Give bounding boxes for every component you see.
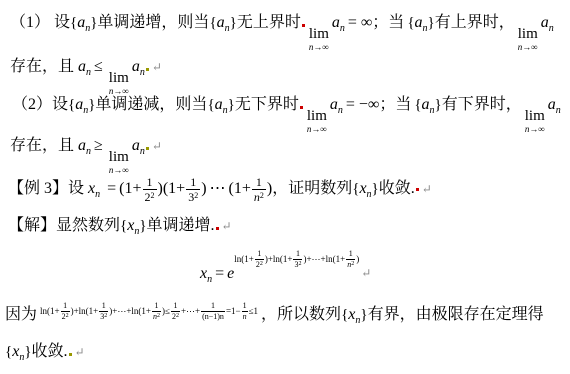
lim-label: lim [518,27,538,42]
p1-text-3: 无上界时 [237,14,301,31]
paren-open-1plus: (1+ [163,179,185,199]
paragraph-mark: ↵ [361,266,371,281]
fraction-denominator: 22 [171,313,180,321]
right-brace: } [230,15,237,31]
equals-sign: = [107,179,116,199]
geq-operator: ≥ [94,137,103,154]
cdots: ⋯ [210,179,226,199]
p2-text-1: 存在，且 [10,58,74,75]
p1-text-1: （1） 设 [10,14,70,31]
left-brace: { [407,15,414,31]
inequality-formula: ln(1+122)+ln(1+132)+⋯+ln(1+1n2)≤122+⋯+1(… [40,302,258,321]
spellcheck-dot-icon [146,68,149,71]
spellcheck-dot-icon [146,147,149,150]
sequence-a-n: {an} [209,14,236,31]
small-fraction-1-over-nm1n: 1(n−1)n [201,302,225,321]
den-exponent: 2 [176,313,179,319]
term-a-n: an [332,14,345,31]
sub-n: n [340,23,345,34]
lim-label: lim [109,150,129,165]
fraction-denominator: n2 [252,191,266,203]
paragraph-1: （1） 设{an}单调递增，则当{an}无上界时limn→∞an= ∞；当{an… [10,13,554,52]
lim-label: lim [109,71,129,86]
fraction-numerator: 1 [348,250,354,258]
var-a: a [132,137,140,154]
var-a: a [78,58,86,75]
spellcheck-dot-icon [302,24,305,27]
var-e: e [227,264,234,284]
fraction-denominator: 32 [293,261,302,269]
var-a: a [330,96,338,113]
sub-n: n [140,146,145,157]
sub-n: n [140,67,145,78]
sequence-a-n: {an} [70,14,97,31]
exp-seg-1: ln(1+ [40,307,60,316]
right-brace: } [24,344,31,360]
den-exponent: 2 [157,313,160,319]
term-a-n: an [132,58,145,75]
sequence-a-n: {an} [414,96,441,113]
fraction-1-over-nsq: 1n2 [252,176,266,203]
paragraph-8: 因为ln(1+122)+ln(1+132)+⋯+ln(1+1n2)≤122+⋯+… [5,296,544,334]
small-fraction-1-over-nsq: 1n2 [346,250,355,269]
p5-text-1: 【例 3】设 [8,179,84,199]
paren-open-1plus: (1+ [119,179,141,199]
p3-text-2: 单调递减，则当 [95,96,207,113]
fraction-denominator: 32 [186,191,200,203]
limit-operator: limn→∞ [518,27,538,52]
limit-operator: limn→∞ [307,109,327,134]
lim-subscript: n→∞ [525,125,545,134]
exp-seg-1: ln(1+ [234,255,254,264]
p6-text-1: 【解】显然数列 [8,217,120,234]
sequence-x-n: {xn} [5,343,32,360]
p5-text-3: 收敛. [379,179,415,199]
limit-operator: limn→∞ [309,27,329,52]
fraction-numerator: 1 [188,176,198,188]
right-brace: } [228,97,235,113]
fraction-numerator: 1 [295,250,301,258]
p1-text-4: = ∞；当 [348,14,404,31]
var-x: x [359,180,366,197]
sequence-a-n: {an} [68,96,95,113]
lim-subscript: n→∞ [309,43,329,52]
exp-seg-3: )+⋯+ln(1+ [109,307,151,316]
paragraph-mark: ↵ [152,60,162,74]
den-exponent: 2 [66,313,69,319]
right-brace: } [428,15,435,31]
small-fraction-1-over-nsq: 1n2 [152,302,161,321]
fraction-numerator: 1 [256,250,262,258]
p1-text-5: 有上界时， [435,14,515,31]
sub-n: n [549,23,554,34]
paragraph-mark: ↵ [75,345,85,359]
limit-operator: limn→∞ [525,109,545,134]
leq-operator: ≤ [94,58,103,75]
p3-text-3: 无下界时 [235,96,299,113]
term-a-n: an [330,96,343,113]
var-a: a [217,14,225,31]
plus-cdots-plus: +⋯+ [181,307,200,316]
p4-text-1: 存在，且 [10,137,74,154]
paragraph-mark: ↵ [152,139,162,153]
right-brace: } [372,181,379,197]
den-exponent: 2 [260,191,264,200]
right-brace: } [435,97,442,113]
paragraph-2: 存在，且an≤limn→∞an↵ [10,57,162,96]
small-fraction-1-over-3sq: 132 [99,302,108,321]
fraction-denominator: 22 [255,261,264,269]
p3-text-1: （2）设 [12,96,68,113]
paragraph-mark: ↵ [422,182,432,197]
term-a-n: an [541,14,554,31]
fraction-numerator: 1 [254,176,264,188]
den-exponent: 2 [151,191,155,200]
den-exponent: 2 [298,261,301,267]
var-a: a [541,14,549,31]
p9-text-1: 收敛. [32,343,68,360]
small-fraction-1-over-2sq: 122 [255,250,264,269]
fraction-1-over-2sq: 122 [143,176,157,203]
sequence-x-n: {xn} [341,305,368,326]
p5-text-2: ，证明数列 [272,179,352,199]
fraction-numerator: 1 [62,302,68,310]
den-exponent: 2 [351,261,354,267]
fraction-numerator: 1 [153,302,159,310]
document-page: （1） 设{an}单调递增，则当{an}无上界时limn→∞an= ∞；当{an… [0,0,570,374]
paragraph-mark: ↵ [222,219,232,233]
den-exponent: 2 [104,313,107,319]
var-a: a [215,96,223,113]
sub-n: n [95,189,100,200]
exp-seg-2: )+ln(1+ [71,307,99,316]
sequence-x-n: {xn} [120,217,147,234]
term-x-n: xn [200,264,212,285]
small-fraction-1-over-n: 1n [242,302,248,321]
p6-text-2: 单调递增. [147,217,215,234]
den-exponent: 2 [194,191,198,200]
exp-seg-3: )+⋯+ln(1+ [303,255,345,264]
p1-text-2: 单调递增，则当 [97,14,209,31]
exp-seg-4: ) [356,255,359,264]
fraction-denominator: 22 [61,313,70,321]
small-fraction-1-over-3sq: 132 [293,250,302,269]
right-brace: } [360,307,367,323]
spellcheck-dot-icon [300,106,303,109]
lim-subscript: n→∞ [518,43,538,52]
var-a: a [132,58,140,75]
p3-text-4: = −∞；当 [346,96,411,113]
exp-seg-2: )+ln(1+ [265,255,293,264]
left-brace: { [209,15,216,31]
paren-open-1plus: (1+ [229,179,251,199]
lim-label: lim [309,27,329,42]
sub-n: n [86,67,91,78]
fraction-denominator: n2 [346,261,355,269]
fraction-1-over-3sq: 132 [186,176,200,203]
paragraph-9: {xn}收敛.↵ [5,342,85,363]
lim-label: lim [307,109,327,124]
lim-subscript: n→∞ [307,125,327,134]
term-a-n: an [548,96,561,113]
fraction-numerator: 1 [145,176,155,188]
fraction-denominator: 22 [143,191,157,203]
var-a: a [78,137,86,154]
sequence-x-n: {xn} [352,179,379,200]
fraction-numerator: 1 [172,302,178,310]
term-a-n: an [78,58,91,75]
spellcheck-dot-icon [69,353,72,356]
paragraph-3: （2）设{an}单调递减，则当{an}无下界时limn→∞an= −∞；当{an… [12,95,561,134]
var-a: a [422,96,430,113]
den-exponent: 2 [260,261,263,267]
var-a: a [332,14,340,31]
fraction-numerator: 1 [210,302,216,310]
paren-close: ) [201,179,206,199]
var-a: a [548,96,556,113]
small-fraction-1-over-2sq: 122 [171,302,180,321]
sequence-a-n: {an} [207,96,234,113]
term-x-n: xn [88,179,100,200]
left-brace: { [207,97,214,113]
limit-operator: limn→∞ [109,71,129,96]
sequence-a-n: {an} [407,14,434,31]
sub-n: n [207,274,212,285]
fraction-numerator: 1 [101,302,107,310]
small-fraction-1-over-2sq: 122 [61,302,70,321]
sub-n: n [86,146,91,157]
fraction-denominator: (n−1)n [201,313,225,321]
fraction-numerator: 1 [242,302,248,310]
paragraph-5: 【例 3】设xn=(1+122)(1+132)⋯(1+1n2)，证明数列{xn}… [8,170,432,208]
left-brace: { [414,97,421,113]
lim-label: lim [525,109,545,124]
sub-n: n [338,105,343,116]
equals-one-minus: =1− [226,307,241,316]
p8-text-1: 因为 [5,305,37,325]
paragraph-6: 【解】显然数列{xn}单调递增.↵ [8,216,232,237]
var-a: a [415,14,423,31]
spellcheck-dot-icon [416,188,419,191]
fraction-denominator: 32 [99,313,108,321]
leq-one: ≤1 [249,307,258,316]
leq-operator: ≤ [165,307,170,316]
p8-text-3: 有界，由极限存在定理得 [368,305,544,325]
fraction-denominator: n [242,313,248,321]
p3-text-5: 有下界时， [442,96,522,113]
paragraph-7-display-formula: xn=eln(1+122)+ln(1+132)+⋯+ln(1+1n2)↵ [200,248,371,285]
fraction-denominator: n2 [152,313,161,321]
p8-text-2: ，所以数列 [261,305,341,325]
exponent-expression: ln(1+122)+ln(1+132)+⋯+ln(1+1n2) [234,250,359,269]
term-a-n: an [132,137,145,154]
term-a-n: an [78,137,91,154]
right-brace: } [139,218,146,234]
spellcheck-dot-icon [216,227,219,230]
equals-sign: = [215,264,224,284]
sub-n: n [556,105,561,116]
